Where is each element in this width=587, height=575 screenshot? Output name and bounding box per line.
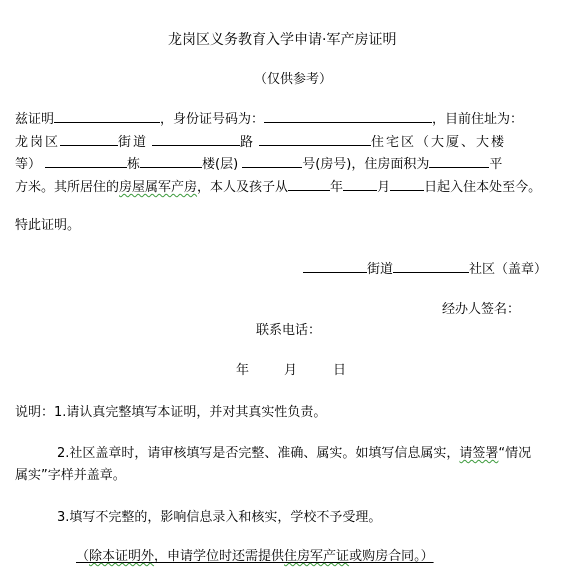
note-2-text: 2.社区盖章时，请审核填写是否完整、准确、属实。如填写信息属实， xyxy=(57,446,459,461)
residential-label: 住宅区（大厦、大楼 xyxy=(371,135,506,150)
square-label: 平 xyxy=(489,157,502,172)
note-item-1: 说明：1.请认真完整填写本证明，并对其真实性负责。 xyxy=(15,405,326,421)
street-blank[interactable] xyxy=(60,133,118,146)
area-label: 号(房号)，住房面积为 xyxy=(302,157,429,172)
body-line-3: 等）栋楼(层)号(房号)，住房面积为平 xyxy=(15,155,502,173)
year-label: 年 xyxy=(330,180,343,195)
footer-note-contract: 或购房合同。） xyxy=(349,549,434,564)
road-label: 路 xyxy=(240,135,255,150)
stamp-line: 街道社区（盖章） xyxy=(303,260,547,278)
building-blank[interactable] xyxy=(45,155,127,168)
military-housing-text: 房屋属军产房 xyxy=(119,180,197,195)
date-year-label: 年 xyxy=(236,363,249,379)
district-label: 龙岗区 xyxy=(15,135,60,150)
etc-label: 等） xyxy=(15,157,41,172)
year-blank[interactable] xyxy=(288,178,330,191)
certify-label: 兹证明 xyxy=(15,112,54,127)
closing-text: 特此证明。 xyxy=(15,218,80,234)
room-blank[interactable] xyxy=(242,155,302,168)
document-subtitle: （仅供参考） xyxy=(254,72,332,88)
note-1-text: 1.请认真完整填写本证明，并对其真实性负责。 xyxy=(54,405,326,420)
date-month-label: 月 xyxy=(284,363,297,379)
month-label: 月 xyxy=(377,180,390,195)
floor-blank[interactable] xyxy=(140,155,202,168)
note-item-3: 3.填写不完整的，影响信息录入和核实，学校不予受理。 xyxy=(57,510,381,526)
notes-label: 说明： xyxy=(15,405,54,420)
footer-note: （除本证明外，申请学位时还需提供住房军产证或购房合同。） xyxy=(76,549,438,565)
stamp-community-label: 社区（盖章） xyxy=(469,262,547,277)
street-label: 街道 xyxy=(118,135,148,150)
stamp-street-label: 街道 xyxy=(367,262,393,277)
date-day-label: 日 xyxy=(333,363,346,379)
name-blank[interactable] xyxy=(54,110,160,123)
id-number-label: ，身份证号码为： xyxy=(160,112,264,127)
document-title: 龙岗区义务教育入学申请·军产房证明 xyxy=(168,32,396,48)
month-blank[interactable] xyxy=(343,178,377,191)
note-item-2: 2.社区盖章时，请审核填写是否完整、准确、属实。如填写信息属实，请签署“情况 xyxy=(57,446,531,462)
footer-note-open: （ xyxy=(76,549,89,564)
handler-signature-label: 经办人签名： xyxy=(442,302,520,318)
day-blank[interactable] xyxy=(390,178,424,191)
move-in-text: ，本人及孩子从 xyxy=(197,180,288,195)
road-blank[interactable] xyxy=(152,133,240,146)
footer-note-except: 除本证明外 xyxy=(89,549,154,564)
day-label: 日起入住本处至今。 xyxy=(424,180,541,195)
stamp-community-blank[interactable] xyxy=(393,260,469,273)
body-line-2: 龙岗区街道路住宅区（大厦、大楼 xyxy=(15,133,506,151)
id-number-blank[interactable] xyxy=(264,110,432,123)
address-label: ，目前住址为： xyxy=(432,112,523,127)
floor-label: 楼(层) xyxy=(202,157,238,172)
body-line-4: 方米。其所居住的房屋属军产房，本人及孩子从年月日起入住本处至今。 xyxy=(15,178,541,196)
area-blank[interactable] xyxy=(429,155,489,168)
note-2-sign-text: 请签署 xyxy=(459,446,498,461)
body-line-1: 兹证明，身份证号码为：，目前住址为： xyxy=(15,110,523,128)
footer-note-requirement: ，申请学位时还需提供 xyxy=(154,549,284,564)
residence-text: 方米。其所居住的 xyxy=(15,180,119,195)
residential-blank[interactable] xyxy=(259,133,371,146)
contact-phone-label: 联系电话： xyxy=(256,323,321,339)
building-label: 栋 xyxy=(127,157,140,172)
stamp-street-blank[interactable] xyxy=(303,260,367,273)
note-item-2-cont: 属实”字样并盖章。 xyxy=(15,468,126,484)
footer-note-certificate: 住房军产证 xyxy=(284,549,349,564)
note-2-quote-text: “情况 xyxy=(498,446,531,461)
